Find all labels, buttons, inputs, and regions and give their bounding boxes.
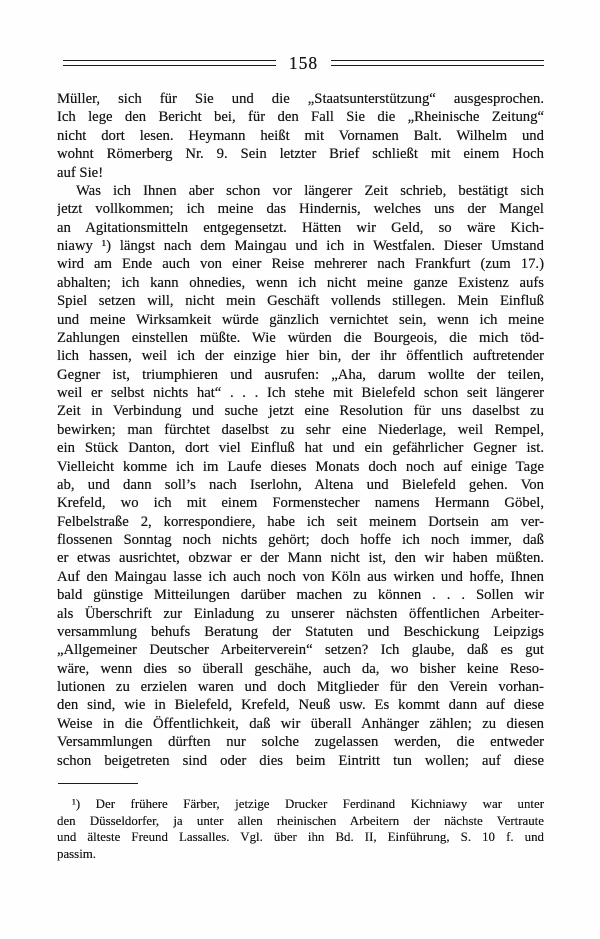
text-line: Müller, sich für Sie und die „Staatsunte… (57, 90, 544, 108)
text-line: Auf den Maingau lasse ich auch noch von … (57, 568, 544, 586)
page-number: 158 (276, 54, 331, 72)
body-text: Müller, sich für Sie und die „Staatsunte… (57, 90, 544, 770)
text-line: passim. (57, 846, 544, 863)
running-head: 158 (63, 54, 544, 72)
text-line: Versammlungen dürften nur solche zugelas… (57, 733, 544, 751)
text-line: Weise in die Öffentlichkeit, daß wir übe… (57, 715, 544, 733)
paragraph: Was ich Ihnen aber schon vor längerer Ze… (57, 182, 544, 770)
text-line: wäre, wenn dies so überall geschähe, auc… (57, 660, 544, 678)
footnote-separator (58, 783, 138, 784)
text-line: abhalten; ich kann ohnedies, wenn ich ni… (57, 274, 544, 292)
header-rule-left (63, 60, 276, 66)
text-line: an Agitationsmitteln entgegensetzt. Hätt… (57, 219, 544, 237)
text-line: wohnt Römerberg Nr. 9. Sein letzter Brie… (57, 145, 544, 163)
text-line: wird am Ende auch von einer Reise mehrer… (57, 255, 544, 273)
book-page: 158 Müller, sich für Sie und die „Staats… (0, 0, 600, 939)
text-line: lich hassen, weil ich der einzige hier b… (57, 347, 544, 365)
text-line: Felbelstraße 2, korrespondiere, habe ich… (57, 513, 544, 531)
text-line: schon beigetreten sind oder dies beim Ei… (57, 752, 544, 770)
text-line: als Überschrift zur Einladung zu unserer… (57, 605, 544, 623)
text-line: ein Stück Danton, dort viel Einfluß hat … (57, 439, 544, 457)
text-line: bewirken; man fürchtet daselbst zu sehr … (57, 421, 544, 439)
text-line: Krefeld, wo ich mit einem Formenstecher … (57, 494, 544, 512)
text-line: ab, und dann soll’s nach Iserlohn, Alten… (57, 476, 544, 494)
text-line: „Allgemeiner Deutscher Arbeiterverein“ s… (57, 641, 544, 659)
text-line: auf Sie! (57, 164, 544, 182)
paragraph: Müller, sich für Sie und die „Staatsunte… (57, 90, 544, 182)
text-line: Zeit in Verbindung und suche jetzt eine … (57, 402, 544, 420)
text-line: und älteste Freund Lassalles. Vgl. über … (57, 829, 544, 846)
text-line: und meine Wirksamkeit würde gänzlich ver… (57, 311, 544, 329)
text-line: nicht dort lesen. Heymann heißt mit Vorn… (57, 127, 544, 145)
text-line: Was ich Ihnen aber schon vor längerer Ze… (57, 182, 544, 200)
text-line: Vielleicht komme ich im Laufe dieses Mon… (57, 458, 544, 476)
footnote: ¹) Der frühere Färber, jetzige Drucker F… (57, 796, 544, 862)
text-line: bald günstige Mitteilungen darüber mache… (57, 586, 544, 604)
text-line: er etwas ausrichtet, obzwar er der Mann … (57, 549, 544, 567)
text-line: versammlung behufs Beratung der Statuten… (57, 623, 544, 641)
text-line: Gegner ist, triumphieren und ausrufen: „… (57, 366, 544, 384)
text-line: den sind, wie in Bielefeld, Krefeld, Neu… (57, 696, 544, 714)
text-line: jetzt vollkommen; ich meine das Hinderni… (57, 200, 544, 218)
text-line: Spiel setzen will, nicht mein Geschäft v… (57, 292, 544, 310)
text-line: Zahlungen einstellen müßte. Wie würden d… (57, 329, 544, 347)
text-line: ¹) Der frühere Färber, jetzige Drucker F… (57, 796, 544, 813)
text-line: den Düsseldorfer, ja unter allen rheinis… (57, 813, 544, 830)
text-line: flossenen Sonntag noch nichts gehört; do… (57, 531, 544, 549)
header-rule-right (331, 60, 544, 66)
text-line: lutionen zu erzielen waren und doch Mitg… (57, 678, 544, 696)
text-line: niawy ¹) längst nach dem Maingau und ich… (57, 237, 544, 255)
text-line: Ich lege den Bericht bei, für den Fall S… (57, 108, 544, 126)
text-line: weil er selbst nichts hat“ . . . Ich ste… (57, 384, 544, 402)
